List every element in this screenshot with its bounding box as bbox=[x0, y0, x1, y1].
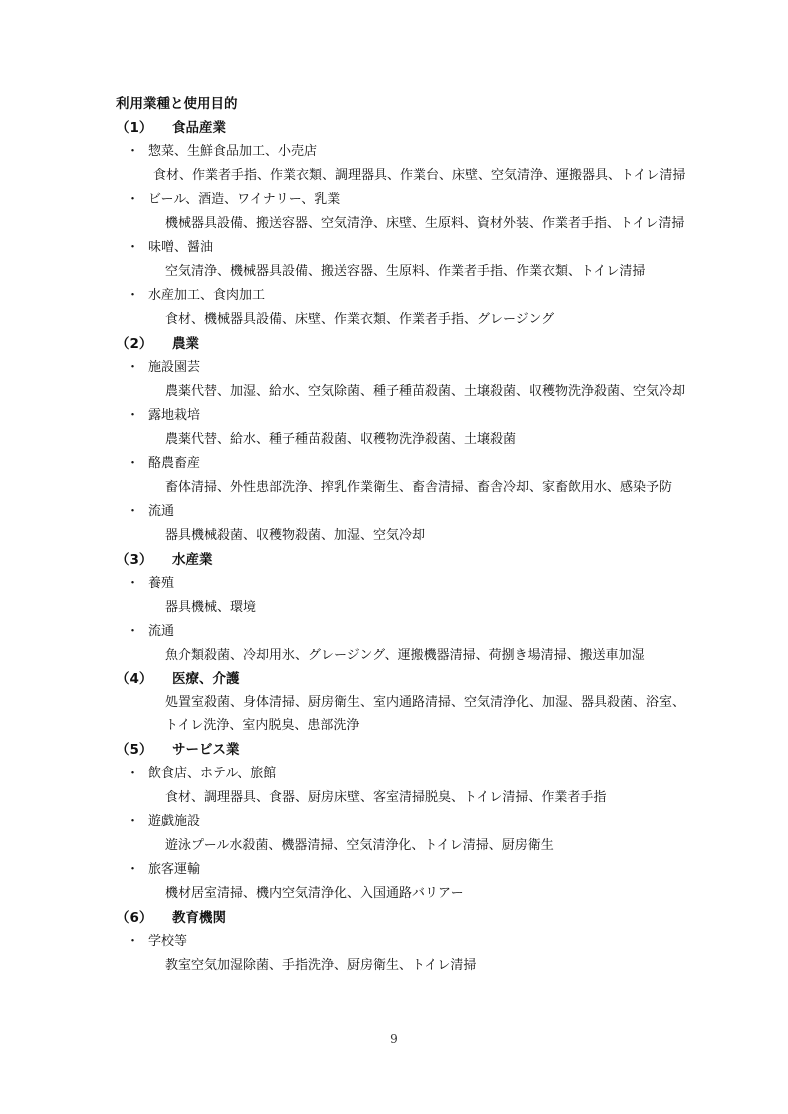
list-item-label: 味噌、醤油 bbox=[148, 240, 213, 255]
list-item: ・水産加工、食肉加工 bbox=[126, 288, 265, 304]
list-item: ・施設園芸 bbox=[126, 360, 200, 376]
list-item-label: 流通 bbox=[148, 624, 174, 639]
section-number: （3） bbox=[116, 552, 172, 568]
bullet-icon: ・ bbox=[126, 624, 148, 640]
section-number: （5） bbox=[116, 742, 172, 758]
page-title: 利用業種と使用目的 bbox=[116, 96, 238, 112]
section-number: （1） bbox=[116, 120, 172, 136]
section-label: 食品産業 bbox=[172, 120, 226, 136]
list-item: ・旅客運輸 bbox=[126, 862, 200, 878]
section-heading-2: （2）農業 bbox=[116, 336, 199, 352]
list-item: ・学校等 bbox=[126, 934, 187, 950]
list-item-detail: 魚介類殺菌、冷却用氷、グレージング、運搬機器清掃、荷捌き場清掃、搬送車加湿 bbox=[165, 648, 645, 664]
bullet-icon: ・ bbox=[126, 408, 148, 424]
section-heading-6: （6）教育機関 bbox=[116, 910, 226, 926]
list-item-detail: 食材、調理器具、食器、厨房床壁、客室清掃脱臭、トイレ清掃、作業者手指 bbox=[165, 790, 606, 806]
section-heading-4: （4）医療、介護 bbox=[116, 671, 240, 687]
list-item-detail: トイレ洗浄、室内脱臭、患部洗浄 bbox=[165, 718, 359, 734]
list-item-label: 学校等 bbox=[148, 934, 187, 949]
bullet-icon: ・ bbox=[126, 288, 148, 304]
bullet-icon: ・ bbox=[126, 360, 148, 376]
page-number: 9 bbox=[0, 1032, 788, 1046]
bullet-icon: ・ bbox=[126, 456, 148, 472]
list-item: ・酪農畜産 bbox=[126, 456, 200, 472]
list-item-detail: 食材、作業者手指、作業衣類、調理器具、作業台、床壁、空気清浄、運搬器具、トイレ清… bbox=[153, 168, 685, 184]
list-item-detail: 機械器具設備、搬送容器、空気清浄、床壁、生原料、資材外装、作業者手指、トイレ清掃 bbox=[165, 216, 684, 232]
section-label: サービス業 bbox=[172, 742, 240, 758]
list-item-label: 惣菜、生鮮食品加工、小売店 bbox=[148, 144, 317, 159]
section-label: 農業 bbox=[172, 336, 199, 352]
bullet-icon: ・ bbox=[126, 862, 148, 878]
list-item-label: 流通 bbox=[148, 504, 174, 519]
section-label: 医療、介護 bbox=[172, 671, 240, 687]
section-heading-1: （1）食品産業 bbox=[116, 120, 226, 136]
list-item-detail: 農薬代替、加湿、給水、空気除菌、種子種苗殺菌、土壌殺菌、収穫物洗浄殺菌、空気冷却 bbox=[165, 384, 685, 400]
list-item: ・飲食店、ホテル、旅館 bbox=[126, 766, 276, 782]
section-heading-3: （3）水産業 bbox=[116, 552, 213, 568]
list-item-detail: 食材、機械器具設備、床壁、作業衣類、作業者手指、グレージング bbox=[165, 312, 554, 328]
section-number: （4） bbox=[116, 671, 172, 687]
list-item-detail: 器具機械、環境 bbox=[165, 600, 256, 616]
document-page: 利用業種と使用目的 （1）食品産業 ・惣菜、生鮮食品加工、小売店 食材、作業者手… bbox=[0, 0, 788, 1114]
list-item-detail: 器具機械殺菌、収穫物殺菌、加湿、空気冷却 bbox=[165, 528, 425, 544]
list-item: ・流通 bbox=[126, 504, 174, 520]
list-item-detail: 農薬代替、給水、種子種苗殺菌、収穫物洗浄殺菌、土壌殺菌 bbox=[165, 432, 516, 448]
section-number: （2） bbox=[116, 336, 172, 352]
list-item: ・養殖 bbox=[126, 576, 174, 592]
list-item: ・遊戯施設 bbox=[126, 814, 200, 830]
section-number: （6） bbox=[116, 910, 172, 926]
bullet-icon: ・ bbox=[126, 192, 148, 208]
list-item-detail: 機材居室清掃、機内空気清浄化、入国通路バリアー bbox=[165, 886, 464, 902]
section-heading-5: （5）サービス業 bbox=[116, 742, 240, 758]
bullet-icon: ・ bbox=[126, 934, 148, 950]
list-item-label: 水産加工、食肉加工 bbox=[148, 288, 265, 303]
list-item-detail: 空気清浄、機械器具設備、搬送容器、生原料、作業者手指、作業衣類、トイレ清掃 bbox=[165, 264, 645, 280]
bullet-icon: ・ bbox=[126, 504, 148, 520]
bullet-icon: ・ bbox=[126, 766, 148, 782]
list-item: ・ビール、酒造、ワイナリー、乳業 bbox=[126, 192, 340, 208]
list-item-detail: 処置室殺菌、身体清掃、厨房衛生、室内通路清掃、空気清浄化、加湿、器具殺菌、浴室、 bbox=[165, 695, 685, 711]
list-item: ・流通 bbox=[126, 624, 174, 640]
list-item-label: 養殖 bbox=[148, 576, 174, 591]
list-item: ・惣菜、生鮮食品加工、小売店 bbox=[126, 144, 317, 160]
list-item-label: 酪農畜産 bbox=[148, 456, 200, 471]
list-item: ・露地栽培 bbox=[126, 408, 200, 424]
list-item-label: 露地栽培 bbox=[148, 408, 200, 423]
bullet-icon: ・ bbox=[126, 144, 148, 160]
section-label: 教育機関 bbox=[172, 910, 226, 926]
section-label: 水産業 bbox=[172, 552, 213, 568]
list-item-label: ビール、酒造、ワイナリー、乳業 bbox=[148, 192, 340, 207]
list-item-detail: 畜体清掃、外性患部洗浄、搾乳作業衛生、畜舎清掃、畜舎冷却、家畜飲用水、感染予防 bbox=[165, 480, 672, 496]
list-item-label: 旅客運輸 bbox=[148, 862, 200, 877]
bullet-icon: ・ bbox=[126, 576, 148, 592]
list-item-detail: 遊泳プール水殺菌、機器清掃、空気清浄化、トイレ清掃、厨房衛生 bbox=[165, 838, 554, 854]
bullet-icon: ・ bbox=[126, 240, 148, 256]
bullet-icon: ・ bbox=[126, 814, 148, 830]
list-item-label: 施設園芸 bbox=[148, 360, 200, 375]
list-item-label: 飲食店、ホテル、旅館 bbox=[148, 766, 276, 781]
list-item-detail: 教室空気加湿除菌、手指洗浄、厨房衛生、トイレ清掃 bbox=[165, 958, 476, 974]
list-item-label: 遊戯施設 bbox=[148, 814, 200, 829]
list-item: ・味噌、醤油 bbox=[126, 240, 213, 256]
